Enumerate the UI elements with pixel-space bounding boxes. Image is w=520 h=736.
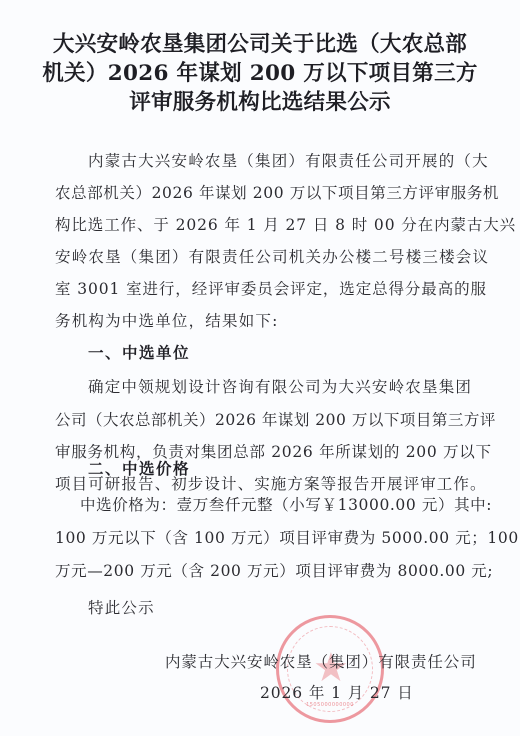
intro-line-1: 内蒙古大兴安岭农垦（集团）有限责任公司开展的（大: [88, 151, 489, 171]
section1-heading: 一、中选单位: [88, 343, 190, 363]
section1-line-2: 公司（大农总部机关）2026 年谋划 200 万以下项目第三方评: [55, 410, 496, 430]
intro-line-6: 务机构为中选单位，结果如下:: [55, 311, 279, 331]
title-line-3: 评审服务机构比选结果公示: [0, 88, 520, 117]
closing-text: 特此公示: [88, 598, 155, 618]
signature-organization: 内蒙古大兴安岭农垦（集团）有限责任公司: [165, 652, 477, 672]
title-line-1: 大兴安岭农垦集团公司关于比选（大农总部: [0, 30, 520, 59]
section2-line-2: 100 万元以下（含 100 万元）项目评审费为 5000.00 元；100: [55, 528, 519, 548]
section1-line-1: 确定中领规划设计咨询有限公司为大兴安岭农垦集团: [88, 377, 472, 397]
section2-line-3: 万元—200 万元（含 200 万元）项目评审费为 8000.00 元;: [55, 561, 493, 581]
section2-line-1: 中选价格为：壹万叁仟元整（小写￥13000.00 元）其中:: [80, 495, 492, 515]
signature-date: 2026 年 1 月 27 日: [260, 683, 414, 703]
intro-line-5: 室 3001 室进行，经评审委员会评定，选定总得分最高的服: [55, 279, 487, 299]
document-title: 大兴安岭农垦集团公司关于比选（大农总部 机关）2026 年谋划 200 万以下项…: [0, 30, 520, 117]
intro-line-3: 构比选工作、于 2026 年 1 月 27 日 8 时 00 分在内蒙古大兴: [55, 215, 516, 235]
title-line-2: 机关）2026 年谋划 200 万以下项目第三方: [0, 59, 520, 88]
intro-line-4: 安岭农垦（集团）有限责任公司机关办公楼二号楼三楼会议: [55, 247, 489, 267]
document-page: 大兴安岭农垦集团公司关于比选（大农总部 机关）2026 年谋划 200 万以下项…: [0, 0, 520, 736]
intro-line-2: 农总部机关）2026 年谋划 200 万以下项目第三方评审服务机: [55, 183, 499, 203]
section2-heading: 二、中选价格: [88, 459, 190, 479]
